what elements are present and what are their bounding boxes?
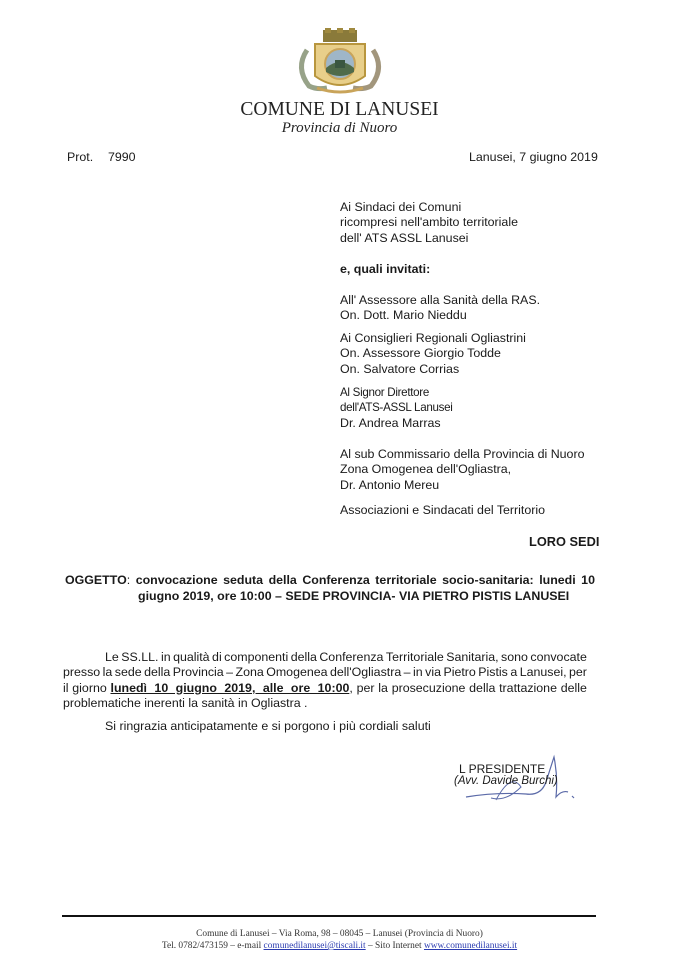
recipient-line: On. Salvatore Corrias	[340, 362, 526, 377]
recipient-group-mayors: Ai Sindaci dei Comuni ricompresi nell'am…	[340, 200, 518, 246]
word: qualità	[173, 650, 210, 665]
word: in	[161, 650, 171, 665]
emphasis-group: lunedì 10 giugno 2019, alle ore 10:00,	[111, 681, 353, 696]
footer-tel: Tel. 0782/473159 – e-mail	[162, 941, 264, 951]
word: via	[425, 665, 441, 680]
word: della	[269, 573, 297, 589]
word: Pistis	[478, 665, 508, 680]
word: socio-sanitaria:	[442, 573, 534, 589]
subject-label: OGGETTO:	[65, 573, 130, 589]
word: Pietro	[443, 665, 475, 680]
body-line: pressolasededellaProvincia–ZonaOmogenead…	[63, 665, 587, 680]
word: lunedi	[539, 573, 575, 589]
word: per	[569, 665, 587, 680]
body-line: problematiche inerenti la sanità in Ogli…	[63, 696, 587, 711]
word: di	[212, 650, 222, 665]
word: componenti	[224, 650, 288, 665]
subject-block: OGGETTO:convocazionesedutadellaConferenz…	[65, 573, 595, 604]
word: Sanitaria,	[446, 650, 498, 665]
meeting-datetime: lunedì 10 giugno 2019, alle ore 10:00	[111, 681, 350, 695]
word: sede	[115, 665, 142, 680]
word: delle	[561, 681, 587, 696]
recipient-line: Associazioni e Sindacati del Territorio	[340, 503, 545, 518]
word: Conferenza	[302, 573, 369, 589]
recipient-line: Ai Sindaci dei Comuni	[340, 200, 518, 215]
word: Zona	[236, 665, 264, 680]
president-name: (Avv. Davide Burchi)	[454, 775, 558, 787]
recipient-line: On. Dott. Mario Nieddu	[340, 308, 540, 323]
footer-website-link[interactable]: www.comunedilanusei.it	[424, 941, 517, 951]
subject-line-2: giugno 2019, ore 10:00 – SEDE PROVINCIA-…	[65, 589, 595, 605]
subject-line-1: OGGETTO:convocazionesedutadellaConferenz…	[65, 573, 595, 589]
word: giorno	[72, 681, 106, 696]
recipient-group-councillors: Ai Consiglieri Regionali Ogliastrini On.…	[340, 331, 526, 377]
recipient-line: dell'ATS-ASSL Lanusei	[340, 400, 453, 415]
word: Lanusei,	[520, 665, 567, 680]
coat-of-arms-icon	[287, 28, 393, 98]
word: Le	[105, 650, 119, 665]
word: della	[144, 665, 170, 680]
word: presso	[63, 665, 100, 680]
recipient-group-assessore: All' Assessore alla Sanità della RAS. On…	[340, 293, 540, 324]
word: il	[63, 681, 69, 696]
word: Omogenea	[266, 665, 327, 680]
word: trattazione	[499, 681, 557, 696]
word: convocate	[530, 650, 586, 665]
protocol-number: 7990	[108, 150, 136, 165]
closing-loro-sedi: LORO SEDI	[529, 534, 599, 549]
word: 10	[581, 573, 595, 589]
word: a	[510, 665, 517, 680]
word: convocazione	[136, 573, 218, 589]
word: Provincia	[173, 665, 224, 680]
footer-email-link[interactable]: comunedilanusei@tiscali.it	[264, 941, 366, 951]
footer-contacts: Tel. 0782/473159 – e-mail comunedilanuse…	[0, 941, 679, 951]
word: prosecuzione	[392, 681, 466, 696]
municipality-title: COMUNE DI LANUSEI	[0, 99, 679, 121]
footer-address: Comune di Lanusei – Via Roma, 98 – 08045…	[0, 929, 679, 939]
place-date: Lanusei, 7 giugno 2019	[469, 150, 598, 165]
recipient-line: Al Signor Direttore	[340, 385, 453, 400]
recipient-group-director: Al Signor Direttore dell'ATS-ASSL Lanuse…	[340, 385, 453, 431]
word: Territoriale	[386, 650, 444, 665]
word: della	[469, 681, 495, 696]
footer-divider	[62, 915, 596, 917]
word: –	[404, 665, 411, 680]
footer-site-label: – Sito Internet	[366, 941, 424, 951]
invited-label: e, quali invitati:	[340, 262, 430, 277]
closing-greeting: Si ringrazia anticipatamente e si porgon…	[105, 719, 431, 734]
protocol-label: Prot.	[67, 150, 93, 165]
word: dell'Ogliastra	[330, 665, 401, 680]
body-line: ilgiornolunedì 10 giugno 2019, alle ore …	[63, 681, 587, 696]
recipient-line: dell' ATS ASSL Lanusei	[340, 231, 518, 246]
recipient-line: Ai Consiglieri Regionali Ogliastrini	[340, 331, 526, 346]
recipient-line: Zona Omogenea dell'Ogliastra,	[340, 462, 584, 477]
word: sono	[501, 650, 528, 665]
body-line: LeSS.LL.inqualitàdicomponentidellaConfer…	[63, 650, 587, 665]
word: la	[378, 681, 388, 696]
recipient-line: Dr. Andrea Marras	[340, 416, 453, 431]
word: –	[226, 665, 233, 680]
recipient-group-commissioner: Al sub Commissario della Provincia di Nu…	[340, 447, 584, 493]
body-paragraph: LeSS.LL.inqualitàdicomponentidellaConfer…	[63, 650, 587, 711]
recipient-line: ricompresi nell'ambito territoriale	[340, 215, 518, 230]
recipient-line: All' Assessore alla Sanità della RAS.	[340, 293, 540, 308]
recipient-group-associations: Associazioni e Sindacati del Territorio	[340, 503, 545, 518]
recipient-line: Dr. Antonio Mereu	[340, 478, 584, 493]
word: della	[291, 650, 317, 665]
word: territoriale	[375, 573, 436, 589]
province-subtitle: Provincia di Nuoro	[0, 120, 679, 137]
recipient-line: Al sub Commissario della Provincia di Nu…	[340, 447, 584, 462]
word: SS.LL.	[121, 650, 158, 665]
word: la	[103, 665, 113, 680]
word: seduta	[223, 573, 263, 589]
word: in	[413, 665, 423, 680]
recipient-line: On. Assessore Giorgio Todde	[340, 346, 526, 361]
word: Conferenza	[319, 650, 383, 665]
word: per	[357, 681, 375, 696]
